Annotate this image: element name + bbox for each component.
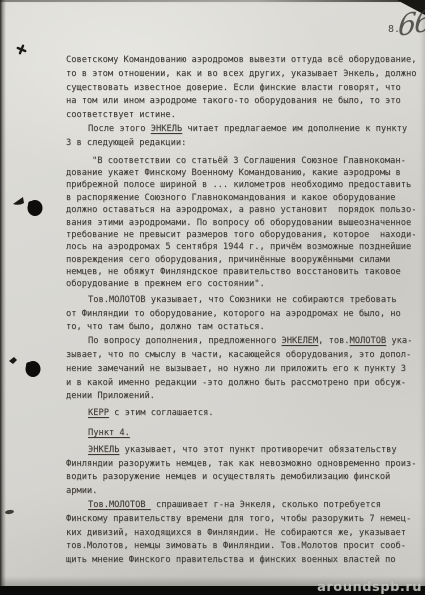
text-run: то в этом отношении, как и во всех други… (66, 69, 416, 79)
text-run: тов.Молотов, немцы зимовать в Финляндии.… (66, 541, 406, 551)
text-run: соответствует истине. (66, 110, 176, 120)
text-run: 3 в следующей редакции: (66, 138, 186, 148)
text-run: немцев, не обяжут Финляндское правительс… (66, 267, 401, 277)
text-run: оборудование в прежнем его состоянии". (66, 279, 265, 289)
text-run: щить мнение Финского правительства и фин… (66, 555, 396, 565)
text-run: требование не превысит размеров того обо… (66, 230, 416, 240)
text-line: ких дивизий, находящихся в Финляндии. Не… (66, 527, 422, 541)
text-line: дование укажет Финскому Военному Командо… (66, 167, 422, 179)
text-line: КЕРР с этим соглашается. (66, 407, 422, 421)
text-line: Финляндии разоружить немцев, так как нев… (66, 458, 422, 472)
text-run: с этим соглашается. (109, 408, 214, 418)
text-run: прибрежной полосе шириной в ... километр… (66, 180, 411, 190)
text-line: По вопросу дополнения, предложенного ЭНК… (66, 335, 422, 349)
text-line: требование не превысит размеров того обо… (66, 229, 422, 241)
text-run: дении Приложений. (66, 391, 155, 401)
paragraph: ЭНКЕЛЬ указывает, что этот пункт противо… (66, 444, 422, 499)
text-run: КЕРР (88, 408, 109, 418)
text-run: в распоряжение Союзного Главнокомандован… (66, 193, 396, 203)
text-run: вания этими аэродромами. По вопросу об о… (66, 218, 411, 228)
text-run: МОЛОТОВ (350, 336, 387, 346)
watermark: aroundspb.ru (317, 580, 422, 595)
text-line: то в этом отношении, как и во всех други… (66, 68, 422, 82)
text-run: Тов.МОЛОТОВ указывает, что Союзники не с… (88, 295, 397, 305)
text-run: повреждения сего оборудования, причинённ… (66, 255, 390, 265)
ink-blot-icon (7, 353, 43, 385)
text-run: зывает, что по смыслу в части, касающейс… (66, 350, 411, 360)
text-run: водить разоружение немцев и осуществлять… (66, 472, 390, 482)
text-line: армии. (66, 485, 422, 499)
text-line: нение замечаний не вызывает, но нужно ли… (66, 363, 422, 377)
paragraph: "В соответствии со статьёй 3 Соглашения … (66, 155, 422, 291)
text-line: повреждения сего оборудования, причинённ… (66, 254, 422, 266)
text-run: , тов. (318, 336, 349, 346)
text-run: После этого (88, 124, 151, 134)
text-run: Финскому правительству времени для того,… (66, 514, 411, 524)
text-run: существовать известное доверие. Если фин… (66, 83, 401, 93)
text-line: от Финляндии то оборудование, которого н… (66, 308, 422, 322)
text-line: дении Приложений. (66, 390, 422, 404)
text-line: Тов.МОЛОТОВ спрашивает г-на Энкеля, скол… (66, 499, 422, 513)
text-line: на том или ином аэродроме такого-то обор… (66, 95, 422, 109)
text-line: то, что там было, должно там остаться. (66, 321, 422, 335)
text-run: армии. (66, 486, 97, 496)
text-line: Тов.МОЛОТОВ указывает, что Союзники не с… (66, 294, 422, 308)
text-line: оборудование в прежнем его состоянии". (66, 278, 422, 290)
text-run: на том или ином аэродроме такого-то обор… (66, 96, 401, 106)
scan-edge-top (0, 0, 425, 2)
scanned-document-page: 8. 66 Советскому Командованию аэродромов… (0, 0, 425, 595)
text-run: дование укажет Финскому Военному Командо… (66, 168, 401, 178)
text-line: немцев, не обяжут Финляндское правительс… (66, 266, 422, 278)
text-run: указывает, что этот пункт противоречит о… (119, 445, 396, 455)
paragraph: Пункт 4. (66, 427, 422, 441)
paragraph: Тов.МОЛОТОВ указывает, что Союзники не с… (66, 294, 422, 335)
paragraph: Тов.МОЛОТОВ спрашивает г-на Энкеля, скол… (66, 499, 422, 568)
text-line: зывает, что по смыслу в части, касающейс… (66, 349, 422, 363)
text-line: и в какой именно редакции -это должно бы… (66, 377, 422, 391)
text-line: соответствует истине. (66, 109, 422, 123)
text-line: должно оставаться на аэродромах, а равно… (66, 204, 422, 216)
handwritten-page-number: 66 (397, 3, 425, 44)
paragraph: Советскому Командованию аэродромов вывез… (66, 54, 422, 123)
text-line: 3 в следующей редакции: (66, 137, 422, 151)
text-run: читает предлагаемое им дополнение к пунк… (182, 124, 407, 134)
text-run: должно оставаться на аэродромах, а равно… (66, 205, 416, 215)
text-line: в распоряжение Союзного Главнокомандован… (66, 192, 422, 204)
text-line: ЭНКЕЛЬ указывает, что этот пункт противо… (66, 444, 422, 458)
document-body: Советскому Командованию аэродромов вывез… (66, 54, 422, 568)
text-line: вания этими аэродромами. По вопросу об о… (66, 217, 422, 229)
text-run: ЭНКЕЛЕМ (282, 336, 319, 346)
text-line: "В соответствии со статьёй 3 Соглашения … (66, 155, 422, 167)
text-run: то, что там было, должно там остаться. (66, 322, 265, 332)
text-line: тов.Молотов, немцы зимовать в Финляндии.… (66, 540, 422, 554)
text-line: После этого ЭНКЕЛЬ читает предлагаемое и… (66, 123, 422, 137)
text-run: Финляндии разоружить немцев, так как нев… (66, 459, 416, 469)
plus-mark-icon (13, 39, 30, 61)
text-run: По вопросу дополнения, предложенного (88, 336, 282, 346)
text-run: Советскому Командованию аэродромов вывез… (66, 55, 416, 65)
text-run: и в какой именно редакции -это должно бы… (66, 378, 406, 388)
ink-blot-icon (12, 193, 44, 225)
text-line: щить мнение Финского правительства и фин… (66, 554, 422, 568)
text-line: Финскому правительству времени для того,… (66, 513, 422, 527)
text-run: ука- (386, 336, 412, 346)
scan-edge-left (0, 0, 6, 595)
text-run: Тов.МОЛОТОВ (88, 500, 151, 510)
text-run: Пункт 4. (88, 428, 130, 438)
text-run: ЭНКЕЛЬ (151, 124, 182, 134)
paragraph: После этого ЭНКЕЛЬ читает предлагаемое и… (66, 123, 422, 151)
text-line: лось на аэродромах 5 сентября 1944 г., п… (66, 241, 422, 253)
dash-mark-icon (5, 509, 14, 514)
text-run: "В соответствии со статьёй 3 Соглашения … (92, 156, 406, 166)
text-run: ЭНКЕЛЬ (88, 445, 119, 455)
text-line: прибрежной полосе шириной в ... километр… (66, 179, 422, 191)
paragraph: КЕРР с этим соглашается. (66, 407, 422, 421)
text-run: ких дивизий, находящихся в Финляндии. Не… (66, 528, 406, 538)
text-line: существовать известное доверие. Если фин… (66, 82, 422, 96)
text-run: спрашивает г-на Энкеля, сколько потребуе… (151, 500, 381, 510)
text-run: нение замечаний не вызывает, но нужно ли… (66, 364, 406, 374)
text-line: водить разоружение немцев и осуществлять… (66, 471, 422, 485)
paragraph: По вопросу дополнения, предложенного ЭНК… (66, 335, 422, 404)
text-run: от Финляндии то оборудование, которого н… (66, 309, 401, 319)
text-run: лось на аэродромах 5 сентября 1944 г., п… (66, 242, 411, 252)
text-line: Пункт 4. (66, 427, 422, 441)
text-line: Советскому Командованию аэродромов вывез… (66, 54, 422, 68)
